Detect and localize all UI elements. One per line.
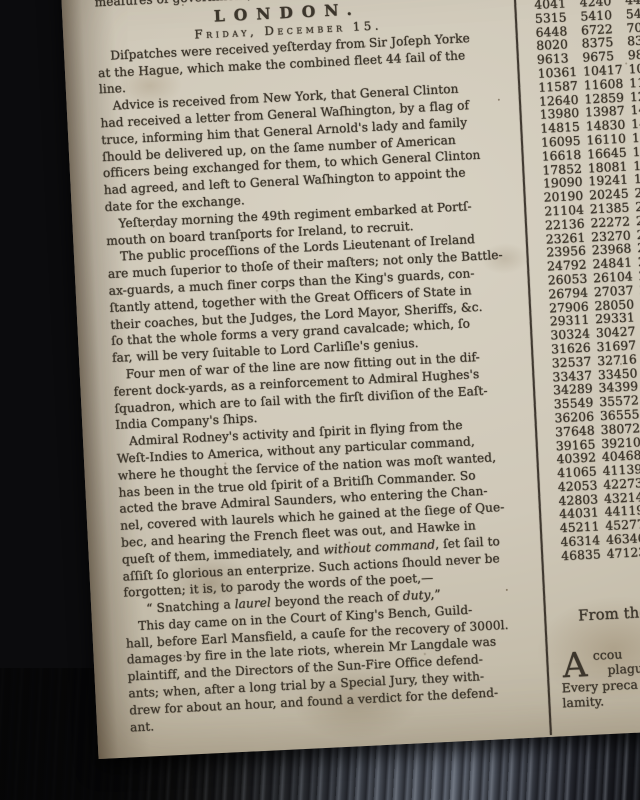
next-article-line: ccou — [592, 647, 622, 662]
dropcap-A: A — [560, 649, 594, 682]
lottery-numbers-column: 4041424044531554105496448672270802083758… — [534, 0, 640, 564]
next-article-paragraph: A ccou plagu Every preca lamity. — [560, 638, 640, 711]
drawn-number: 549 — [626, 7, 640, 22]
drawn-number: 117 — [629, 76, 640, 91]
drawn-number: 47123 — [606, 546, 640, 562]
london-news-column: meaſures of government, it will be preve… — [94, 0, 514, 736]
drawn-number: 203 — [634, 186, 640, 201]
drawn-number: 22 — [636, 214, 640, 229]
newspaper-page: meaſures of government, it will be preve… — [60, 0, 640, 759]
drawn-number: 161 — [632, 131, 640, 146]
drawn-number: 21 — [635, 200, 640, 215]
next-article-line: plagu — [607, 661, 640, 677]
article-paragraphs: Diſpatches were received yeſterday from … — [97, 29, 514, 736]
drawn-number: 46835 — [561, 548, 607, 564]
next-article-column: From the A ccou plagu Every preca lamity… — [558, 596, 640, 711]
photo-scene: meaſures of government, it will be preve… — [0, 0, 640, 800]
from-the-heading: From the — [558, 596, 640, 625]
drawn-number: 167 — [632, 145, 640, 160]
